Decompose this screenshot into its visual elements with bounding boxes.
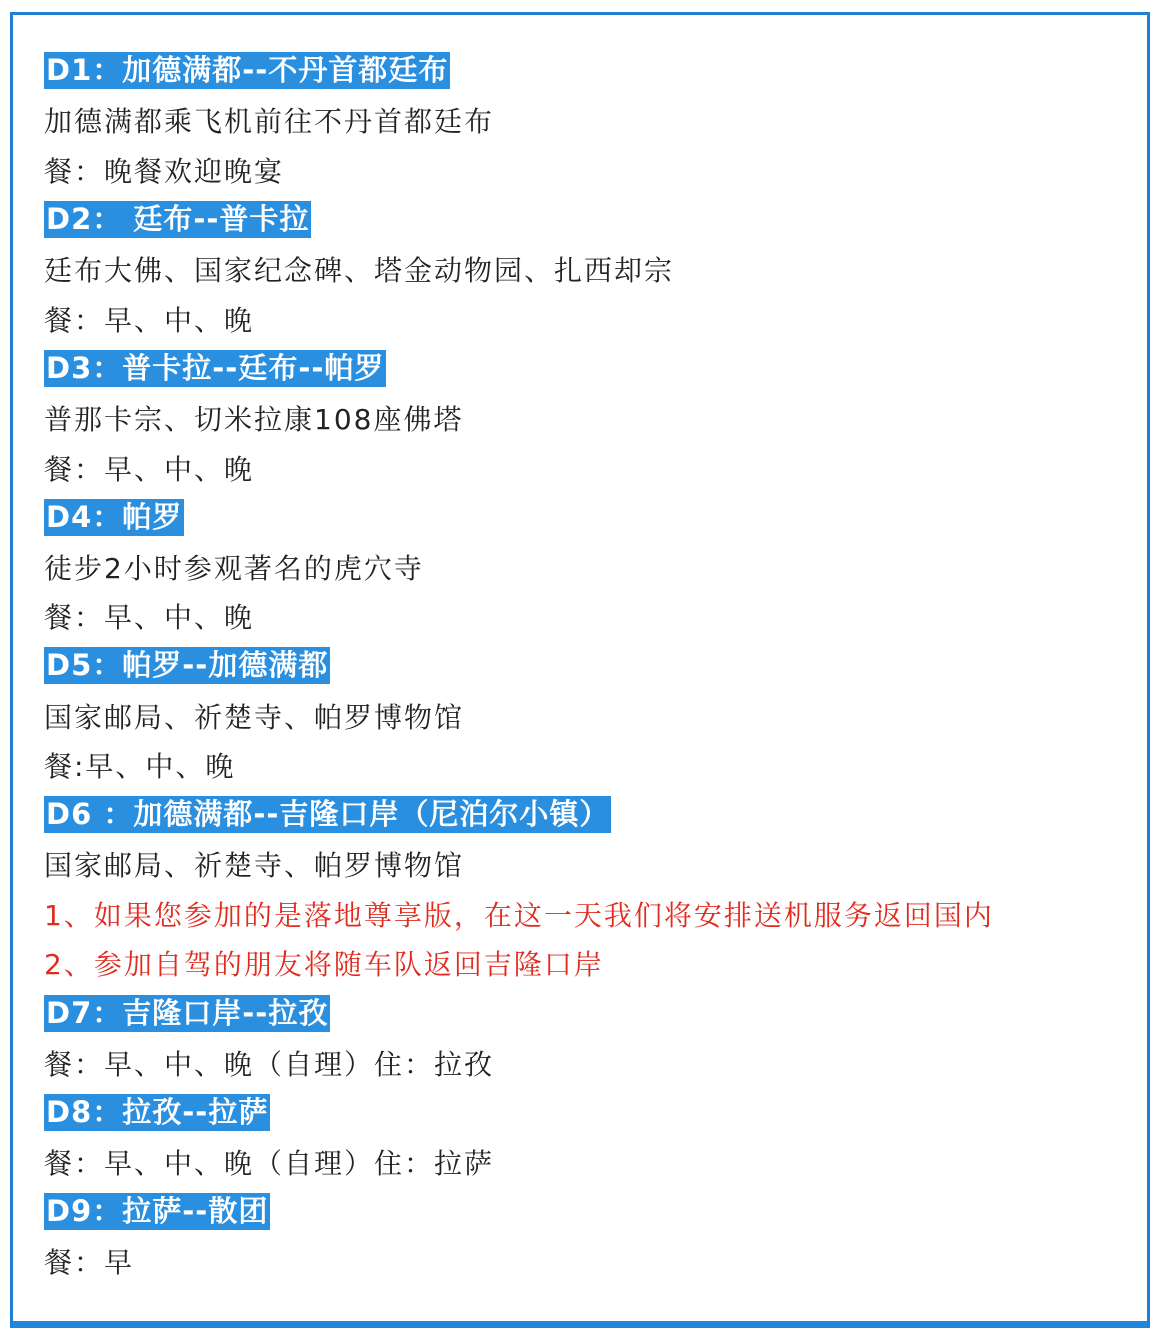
day-1-activity: 加德满都乘飞机前往不丹首都廷布 (44, 96, 1134, 146)
day-1-heading-row: D1：加德满都--不丹首都廷布 (44, 46, 1134, 96)
itinerary-content: D1：加德满都--不丹首都廷布 加德满都乘飞机前往不丹首都廷布 餐：晚餐欢迎晚宴… (44, 46, 1134, 1286)
day-4-heading-row: D4：帕罗 (44, 492, 1134, 542)
day-1-meals: 餐：晚餐欢迎晚宴 (44, 145, 1134, 195)
day-6-heading-row: D6 ：加德满都--吉隆口岸（尼泊尔小镇） (44, 790, 1134, 840)
day-3-meals: 餐：早、中、晚 (44, 443, 1134, 493)
day-5-heading-row: D5：帕罗--加德满都 (44, 641, 1134, 691)
day-6-note-2: 2、参加自驾的朋友将随车队返回吉隆口岸 (44, 939, 1134, 989)
day-6-title: D6 ：加德满都--吉隆口岸（尼泊尔小镇） (44, 796, 611, 833)
day-9-title: D9：拉萨--散团 (44, 1193, 270, 1230)
day-7-heading-row: D7：吉隆口岸--拉孜 (44, 988, 1134, 1038)
day-8-meals: 餐：早、中、晚（自理）住：拉萨 (44, 1137, 1134, 1187)
day-7-title: D7：吉隆口岸--拉孜 (44, 995, 330, 1032)
day-6-note-1: 1、如果您参加的是落地尊享版，在这一天我们将安排送机服务返回国内 (44, 889, 1134, 939)
day-2-activity: 廷布大佛、国家纪念碑、塔金动物园、扎西却宗 (44, 244, 1134, 294)
day-9-heading-row: D9：拉萨--散团 (44, 1187, 1134, 1237)
day-2-title: D2： 廷布--普卡拉 (44, 201, 311, 238)
day-4-activity: 徒步2小时参观著名的虎穴寺 (44, 542, 1134, 592)
day-7-meals: 餐：早、中、晚（自理）住：拉孜 (44, 1038, 1134, 1088)
day-9-meals: 餐：早 (44, 1236, 1134, 1286)
day-3-title: D3：普卡拉--廷布--帕罗 (44, 350, 386, 387)
day-4-meals: 餐：早、中、晚 (44, 592, 1134, 642)
day-3-heading-row: D3：普卡拉--廷布--帕罗 (44, 344, 1134, 394)
day-5-meals: 餐:早、中、晚 (44, 740, 1134, 790)
day-2-meals: 餐：早、中、晚 (44, 294, 1134, 344)
day-1-title: D1：加德满都--不丹首都廷布 (44, 52, 450, 89)
day-3-activity: 普那卡宗、切米拉康108座佛塔 (44, 393, 1134, 443)
day-5-activity: 国家邮局、祈楚寺、帕罗博物馆 (44, 691, 1134, 741)
day-8-heading-row: D8：拉孜--拉萨 (44, 1087, 1134, 1137)
day-8-title: D8：拉孜--拉萨 (44, 1094, 270, 1131)
day-4-title: D4：帕罗 (44, 499, 184, 536)
day-6-activity: 国家邮局、祈楚寺、帕罗博物馆 (44, 840, 1134, 890)
day-5-title: D5：帕罗--加德满都 (44, 647, 330, 684)
day-2-heading-row: D2： 廷布--普卡拉 (44, 195, 1134, 245)
